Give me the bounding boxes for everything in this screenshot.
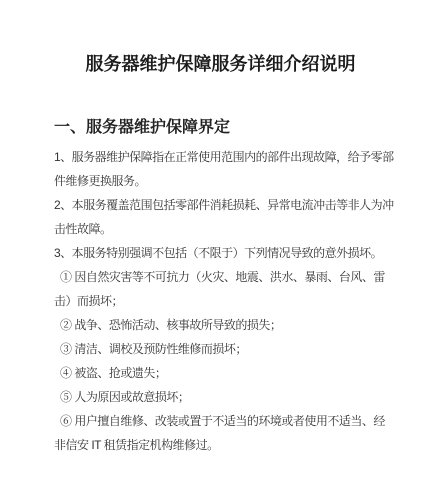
list-item-war-terror: ② 战争、恐怖活动、核事故所导致的损失；	[54, 313, 406, 337]
paragraph-coverage-2: 2、本服务覆盖范围包括零部件消耗损耗、异常电流冲击等非人为冲 击性故障。	[54, 193, 406, 241]
document-body: 1、服务器维护保障指在正常使用范围内的部件出现故障，给予零部 件维修更换服务。 …	[54, 145, 406, 457]
list-item-human-damage: ⑤ 人为原因或故意损坏；	[54, 385, 406, 409]
list-item-cleaning-maintenance: ③ 清洁、调校及预防性维修而损坏；	[54, 337, 406, 361]
list-item-unauthorized-repair: ⑥ 用户擅自维修、改装或置于不适当的环境或者使用不适当、经 非信安 IT 租赁指…	[54, 409, 406, 457]
paragraph-definition-1: 1、服务器维护保障指在正常使用范围内的部件出现故障，给予零部 件维修更换服务。	[54, 145, 406, 193]
list-item-natural-disaster: ① 因自然灾害等不可抗力（火灾、地震、洪水、暴雨、台风、雷 击）而损坏；	[54, 265, 406, 313]
document-page: 服务器维护保障服务详细介绍说明 一、服务器维护保障界定 1、服务器维护保障指在正…	[0, 0, 441, 479]
list-item-theft-loss: ④ 被盗、抢或遗失；	[54, 361, 406, 385]
document-title: 服务器维护保障服务详细介绍说明	[0, 53, 441, 75]
section-heading: 一、服务器维护保障界定	[54, 118, 230, 138]
paragraph-exclusions-3: 3、本服务特别强调不包括（不限于）下列情况导致的意外损坏。	[54, 241, 406, 265]
